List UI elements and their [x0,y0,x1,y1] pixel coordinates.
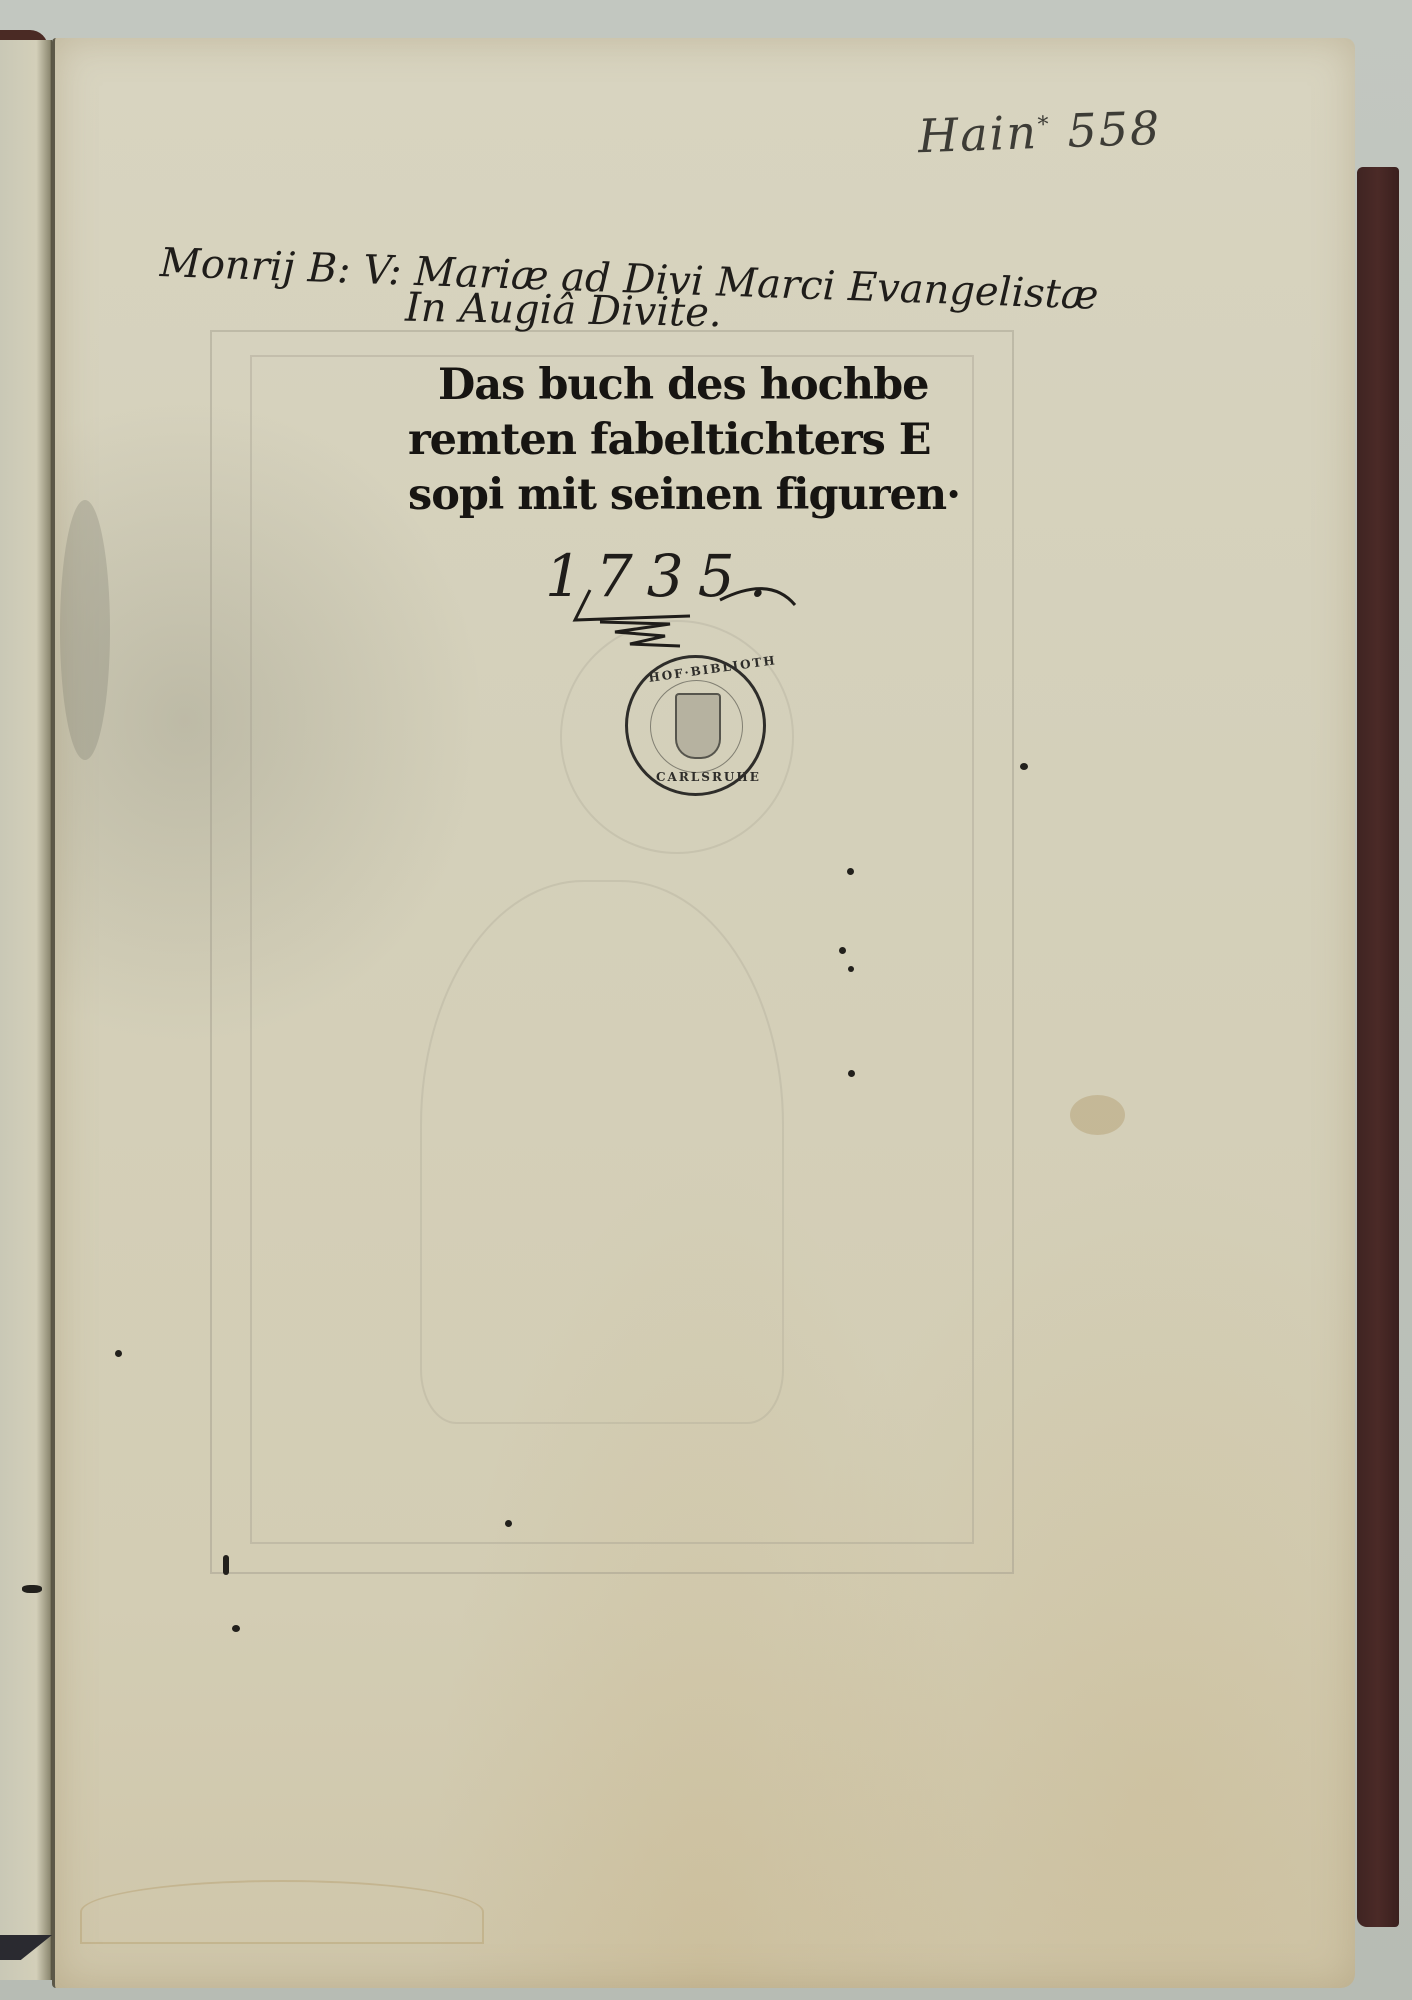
ink-speck [1020,763,1028,770]
shelfmark-prefix: Hain [917,105,1039,163]
coat-of-arms-icon [675,693,721,759]
ink-speck [848,1070,855,1077]
show-through-figure [420,880,784,1424]
shelfmark-annotation: Hain* 558 [917,101,1162,163]
library-stamp: HOF·BIBLIOTH CARLSRUHE [625,655,766,796]
foxing-stain [1070,1095,1125,1135]
ink-speck [115,1350,122,1357]
ink-speck [232,1625,240,1632]
stamp-bottom-text: CARLSRUHE [656,770,761,784]
water-stain [80,1880,484,1944]
ink-speck [848,966,854,972]
ink-speck [22,1585,42,1593]
shelfmark-asterisk: * [1037,112,1051,137]
ink-speck [505,1520,512,1527]
shadow-stain [60,500,110,760]
title-line-3: sopi mit seinen figuren· [408,468,878,523]
ink-speck [223,1555,229,1575]
ink-speck [839,947,846,954]
title-line-1: Das buch des hochbe [408,358,878,413]
pen-flourish-icon [570,580,800,650]
ownership-inscription: Monrij B: V: Mariæ ad Divi Marci Evangel… [160,238,1260,338]
title-line-2: remten fabeltichters E [408,413,878,468]
facing-page-edge [0,40,52,1980]
printed-title: Das buch des hochbe remten fabeltichters… [408,358,878,523]
shelfmark-number: 558 [1067,101,1163,158]
ink-speck [847,868,854,875]
leather-binding-edge [1357,167,1399,1927]
